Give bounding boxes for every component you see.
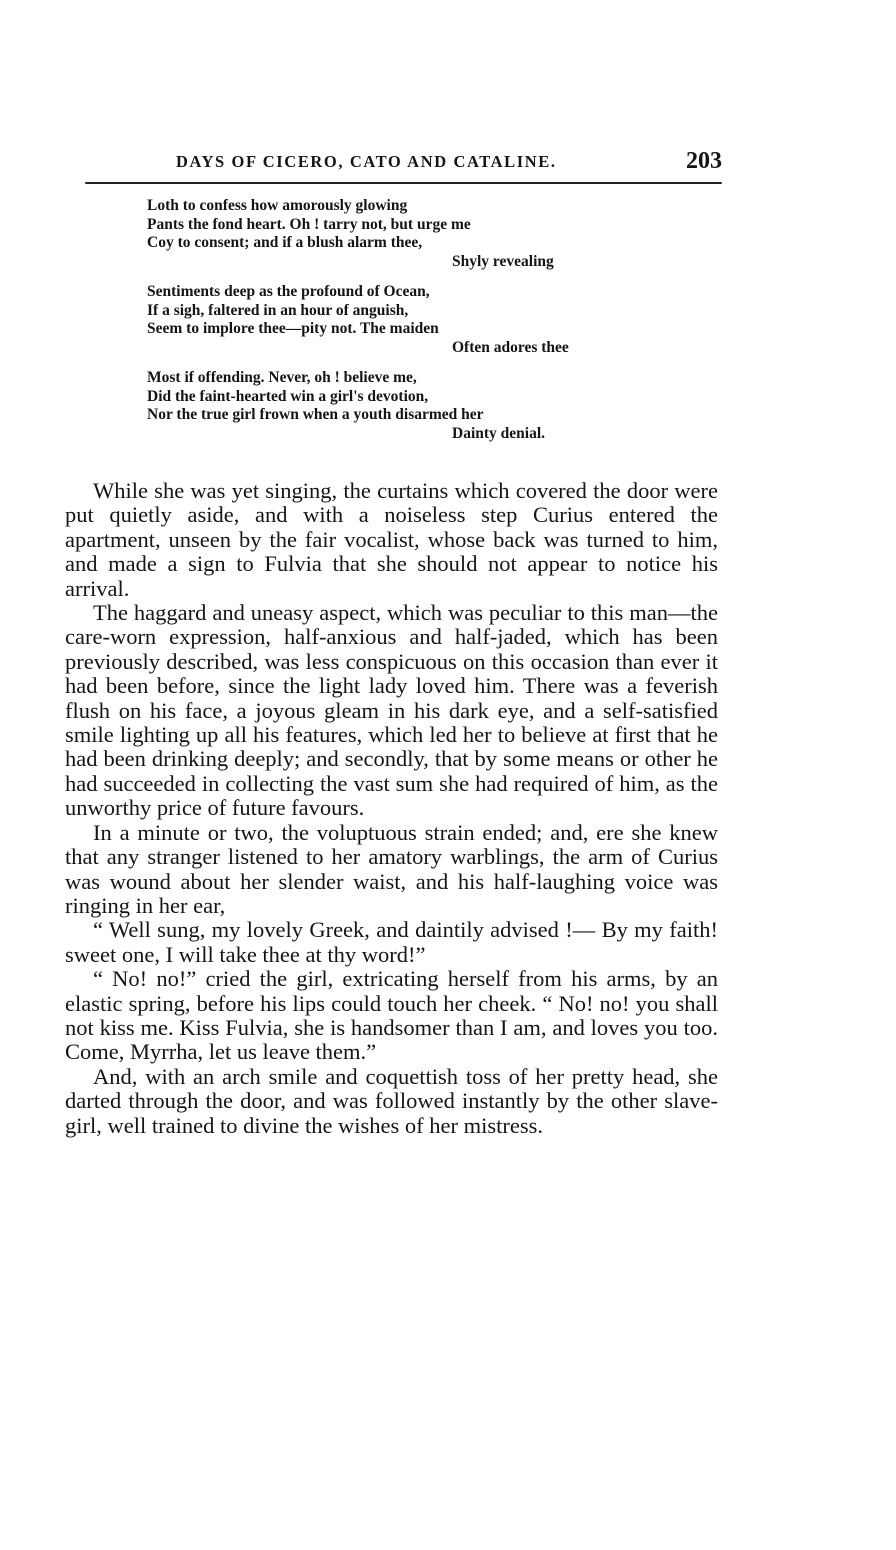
stanza: Sentiments deep as the profound of Ocean… — [147, 283, 617, 357]
running-title: DAYS OF CICERO, CATO AND CATALINE. — [176, 152, 557, 172]
stanza: Loth to confess how amorously glowing Pa… — [147, 197, 617, 271]
paragraph: While she was yet singing, the curtains … — [65, 479, 718, 601]
dialogue-paragraph: “ No! no!” cried the girl, extricating h… — [65, 967, 718, 1065]
verse-line: Pants the fond heart. Oh ! tarry not, bu… — [147, 216, 617, 235]
paragraph: The haggard and uneasy aspect, which was… — [65, 601, 718, 821]
paragraph: In a minute or two, the voluptuous strai… — [65, 821, 718, 919]
stanza: Most if offending. Never, oh ! believe m… — [147, 369, 617, 443]
body-text: While she was yet singing, the curtains … — [65, 479, 718, 1138]
verse-block: Loth to confess how amorously glowing Pa… — [147, 197, 617, 455]
verse-line: If a sigh, faltered in an hour of anguis… — [147, 302, 617, 321]
verse-line-adonic: Dainty denial. — [147, 425, 617, 444]
paragraph: And, with an arch smile and coquettish t… — [65, 1065, 718, 1138]
header-rule — [85, 182, 722, 184]
dialogue-paragraph: “ Well sung, my lovely Greek, and dainti… — [65, 918, 718, 967]
verse-line: Coy to consent; and if a blush alarm the… — [147, 234, 617, 253]
verse-line-adonic: Often adores thee — [147, 339, 617, 358]
verse-line-adonic: Shyly revealing — [147, 253, 617, 272]
page-number: 203 — [686, 148, 722, 175]
verse-line: Most if offending. Never, oh ! believe m… — [147, 369, 617, 388]
verse-line: Sentiments deep as the profound of Ocean… — [147, 283, 617, 302]
verse-line: Loth to confess how amorously glowing — [147, 197, 617, 216]
verse-line: Nor the true girl frown when a youth dis… — [147, 406, 617, 425]
verse-line: Did the faint-hearted win a girl's devot… — [147, 388, 617, 407]
verse-line: Seem to implore thee—pity not. The maide… — [147, 320, 617, 339]
book-page: DAYS OF CICERO, CATO AND CATALINE. 203 L… — [0, 0, 896, 1550]
running-head: DAYS OF CICERO, CATO AND CATALINE. 203 — [176, 150, 722, 178]
